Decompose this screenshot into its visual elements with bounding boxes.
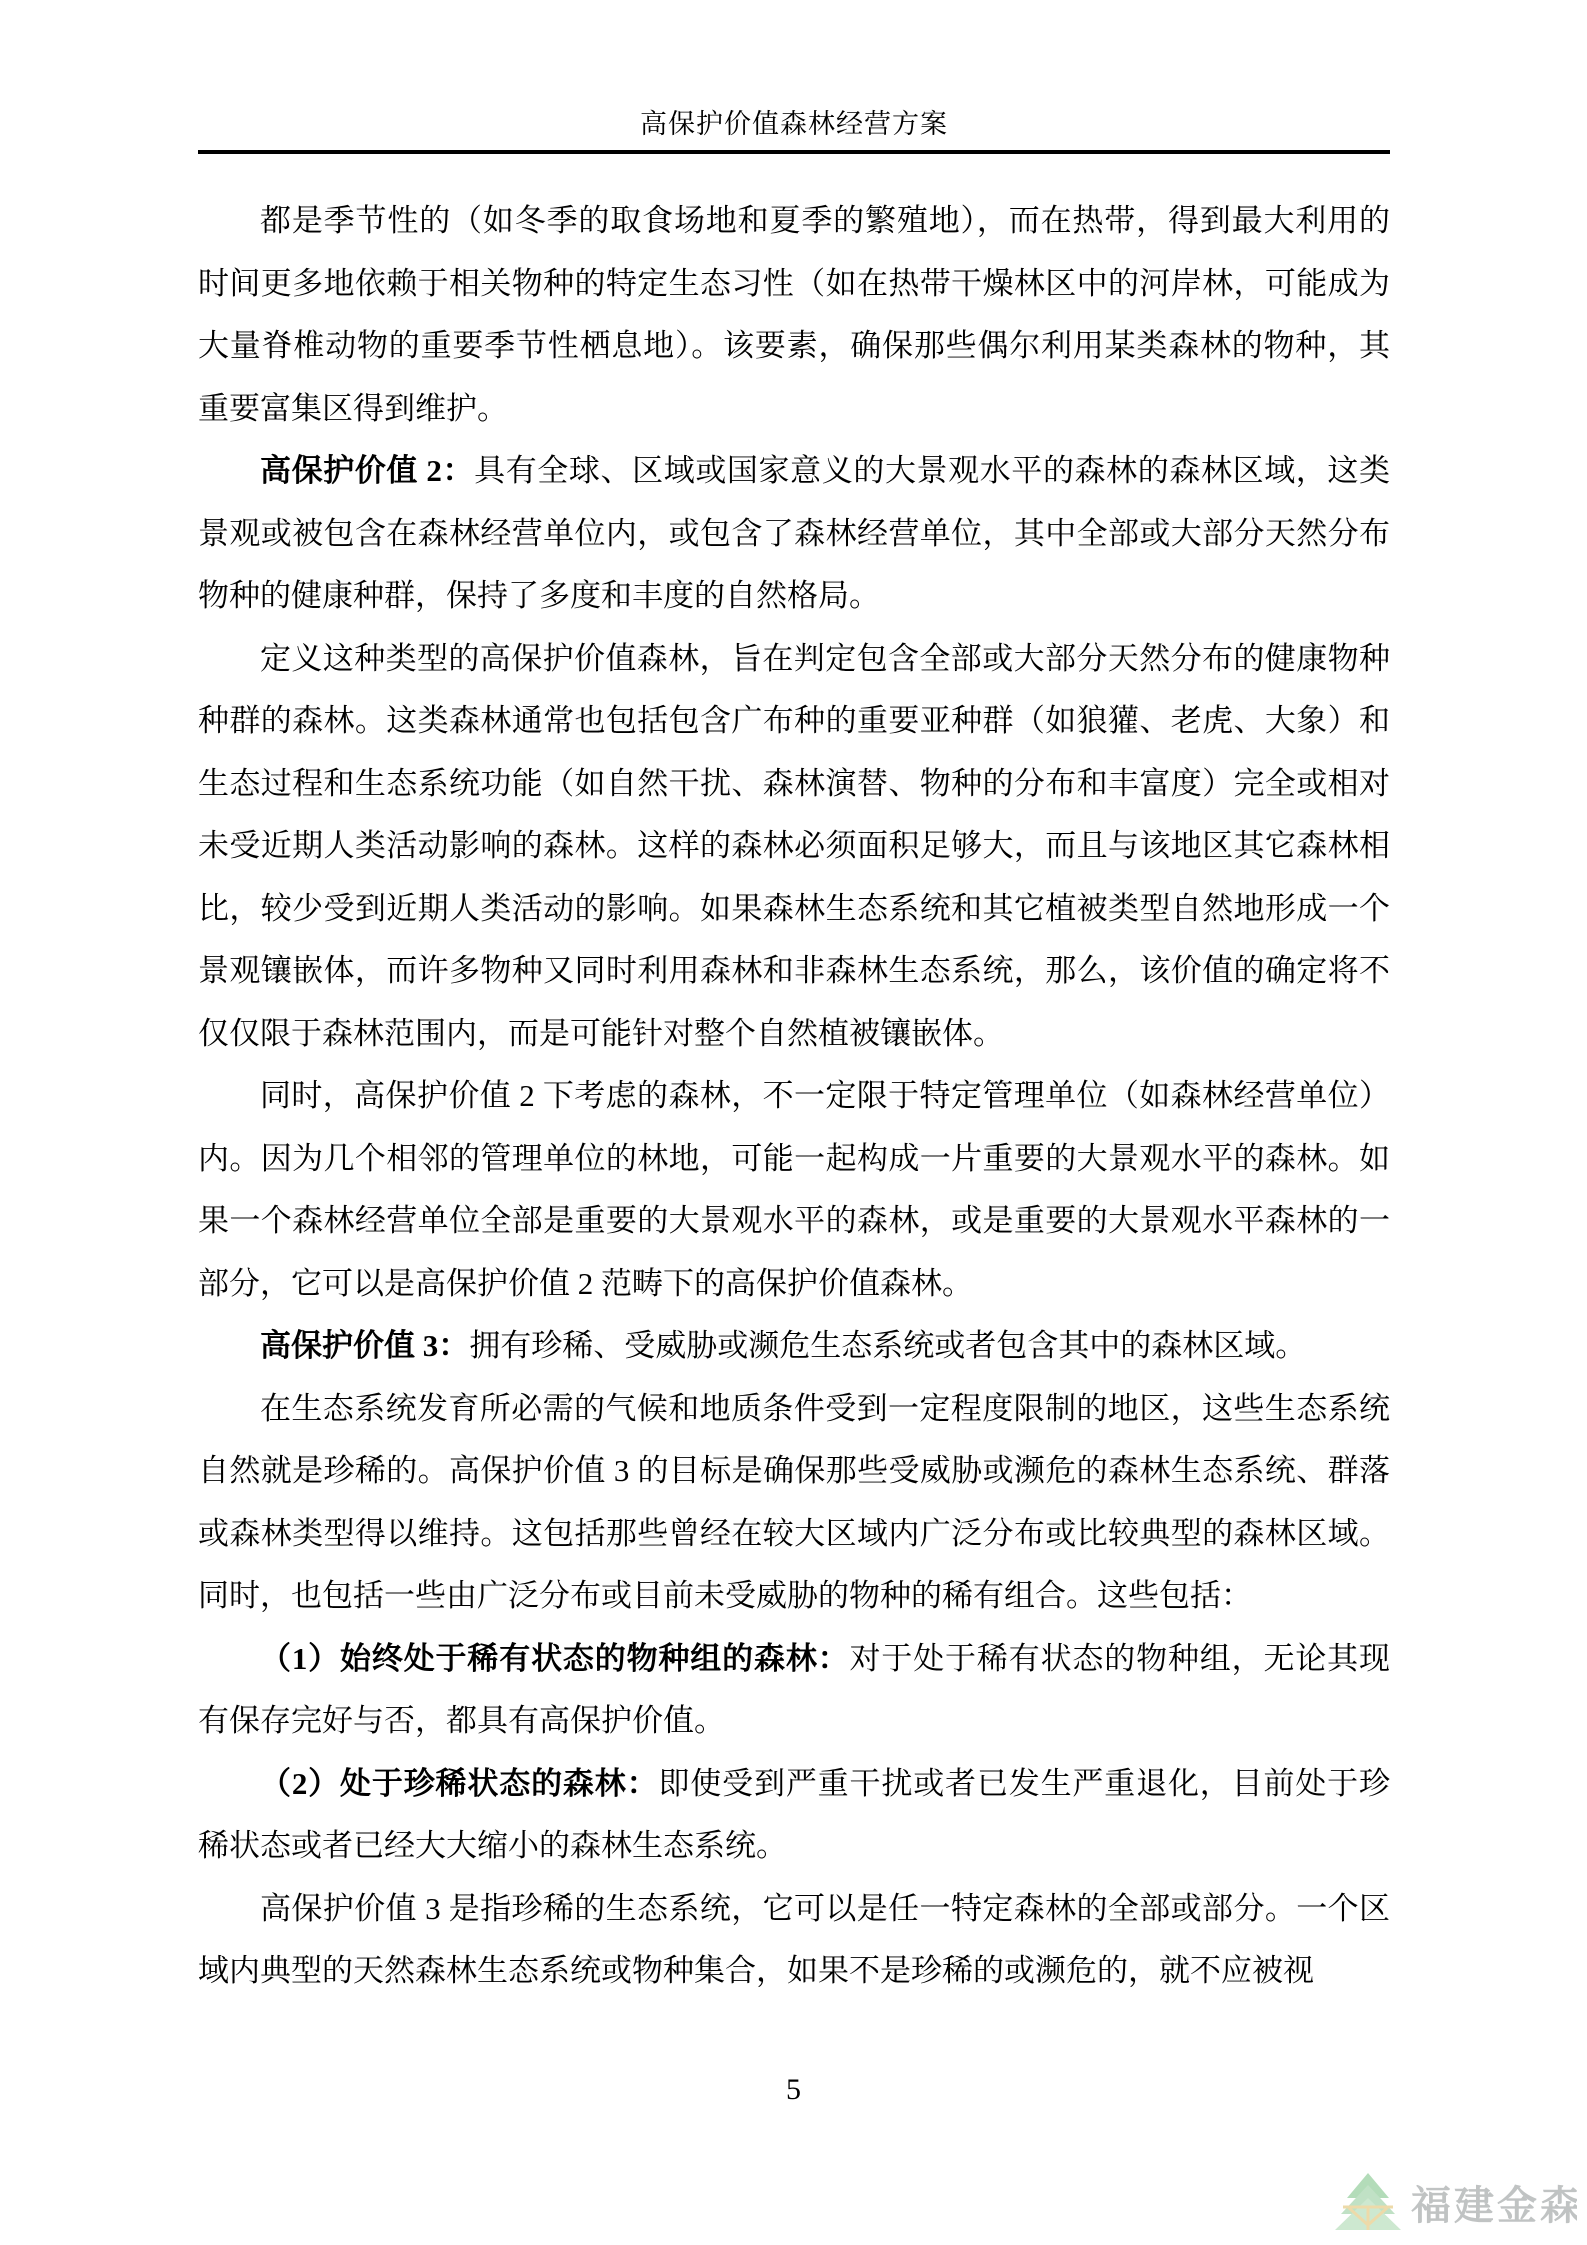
logo-graphic: 福建金森 <box>1335 2171 1577 2233</box>
paragraph-1: 都是季节性的（如冬季的取食场地和夏季的繁殖地），而在热带，得到最大利用的时间更多… <box>198 190 1390 440</box>
page-header: 高保护价值森林经营方案 <box>198 0 1390 154</box>
paragraph-7: （1）始终处于稀有状态的物种组的森林：对于处于稀有状态的物种组，无论其现有保存完… <box>198 1628 1390 1753</box>
paragraph-lead: （2）处于珍稀状态的森林： <box>260 1766 658 1801</box>
paragraph-2: 高保护价值 2：具有全球、区域或国家意义的大景观水平的森林的森林区域，这类景观或… <box>198 440 1390 628</box>
paragraph-text: 定义这种类型的高保护价值森林，旨在判定包含全部或大部分天然分布的健康物种种群的森… <box>198 641 1390 1051</box>
page-number: 5 <box>0 2072 1587 2108</box>
paragraph-9: 高保护价值 3 是指珍稀的生态系统，它可以是任一特定森林的全部或部分。一个区域内… <box>198 1878 1390 2003</box>
document-body: 都是季节性的（如冬季的取食场地和夏季的繁殖地），而在热带，得到最大利用的时间更多… <box>198 190 1390 2003</box>
header-title: 高保护价值森林经营方案 <box>198 107 1390 141</box>
pine-tree-icon <box>1335 2173 1401 2230</box>
document-page: 高保护价值森林经营方案 都是季节性的（如冬季的取食场地和夏季的繁殖地），而在热带… <box>0 0 1587 2245</box>
paragraph-text: 高保护价值 3 是指珍稀的生态系统，它可以是任一特定森林的全部或部分。一个区域内… <box>198 1891 1390 1989</box>
paragraph-text: 在生态系统发育所必需的气候和地质条件受到一定程度限制的地区，这些生态系统自然就是… <box>198 1391 1390 1614</box>
paragraph-4: 同时，高保护价值 2 下考虑的森林，不一定限于特定管理单位（如森林经营单位）内。… <box>198 1065 1390 1315</box>
logo-company-name: 福建金森 <box>1411 2184 1577 2228</box>
paragraph-text: 同时，高保护价值 2 下考虑的森林，不一定限于特定管理单位（如森林经营单位）内。… <box>198 1078 1390 1301</box>
paragraph-text: 都是季节性的（如冬季的取食场地和夏季的繁殖地），而在热带，得到最大利用的时间更多… <box>198 203 1390 426</box>
paragraph-text: 拥有珍稀、受威胁或濒危生态系统或者包含其中的森林区域。 <box>469 1328 1306 1363</box>
paragraph-3: 定义这种类型的高保护价值森林，旨在判定包含全部或大部分天然分布的健康物种种群的森… <box>198 628 1390 1066</box>
paragraph-lead: （1）始终处于稀有状态的物种组的森林： <box>260 1641 850 1676</box>
paragraph-lead: 高保护价值 2： <box>260 453 474 488</box>
paragraph-5: 高保护价值 3：拥有珍稀、受威胁或濒危生态系统或者包含其中的森林区域。 <box>198 1315 1390 1378</box>
paragraph-lead: 高保护价值 3： <box>260 1328 469 1363</box>
company-logo: 福建金森 <box>1335 2171 1577 2233</box>
paragraph-6: 在生态系统发育所必需的气候和地质条件受到一定程度限制的地区，这些生态系统自然就是… <box>198 1378 1390 1628</box>
paragraph-8: （2）处于珍稀状态的森林：即使受到严重干扰或者已发生严重退化，目前处于珍稀状态或… <box>198 1753 1390 1878</box>
